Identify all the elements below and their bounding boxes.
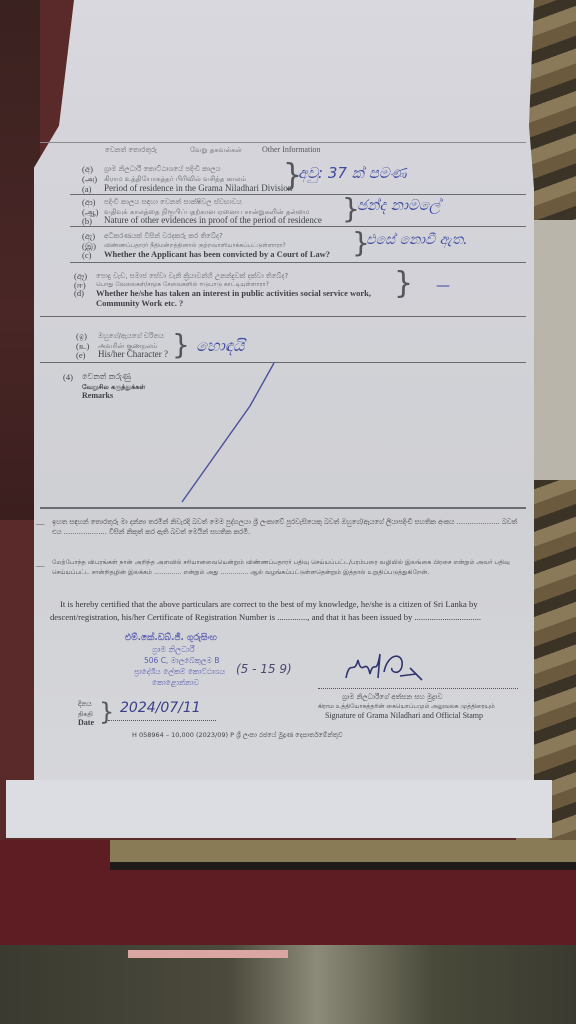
stamp-name: එම්.කේ.ඩබ්.ජී. ගුරුසිංහ (125, 633, 217, 643)
dash: — (36, 560, 45, 570)
stamp-title: ග්‍රාම නිලධාරී (152, 645, 195, 655)
stamp-location: කොළොන්නාව (152, 678, 199, 688)
brace: } (99, 698, 114, 726)
handwritten-date: 2024/07/11 (120, 700, 201, 716)
handwritten-code: (5 - 15 9) (236, 662, 292, 676)
stamp-division: 506 C, මාලබේකුලම B (144, 656, 220, 666)
divider (40, 507, 526, 509)
stamp-office: ප්‍රාදේශීය ලේකම් කොට්ඨාශය (134, 667, 225, 677)
signature-label-ta: கிராம உத்தியோகத்தரின் கையொப்பமும் அலுவலக… (318, 703, 495, 711)
date-dotted-line (108, 720, 216, 721)
signature-label-si: ග්‍රාම නිලධාරීගේ අත්සන සහ මුද්‍රාව (342, 693, 443, 702)
declaration-english-line1: It is hereby certified that the above pa… (60, 599, 478, 609)
dash: — (36, 518, 45, 528)
signature-label-en: Signature of Grama Niladhari and Officia… (325, 711, 483, 720)
print-code: H 058964 – 10,000 (2023/09) P ශ්‍රී ලංකා… (132, 731, 343, 740)
declaration-english-line2: descent/registration, his/her Certificat… (50, 612, 481, 622)
date-label-en: Date (78, 718, 94, 727)
declaration-sinhala-text: ඉහත සඳහන් තොරතුරු මා දන්නා තරමින් නිවැරද… (52, 517, 522, 537)
remarks-strike-line (0, 0, 576, 1024)
declaration-tamil-text: மேற்போந்த விபரங்கள் நான் அறிந்த அளவில் ச… (52, 558, 522, 578)
date-label-si: දිනය (78, 700, 92, 709)
signature-scribble (340, 648, 430, 688)
signature-dotted-line (318, 688, 518, 689)
